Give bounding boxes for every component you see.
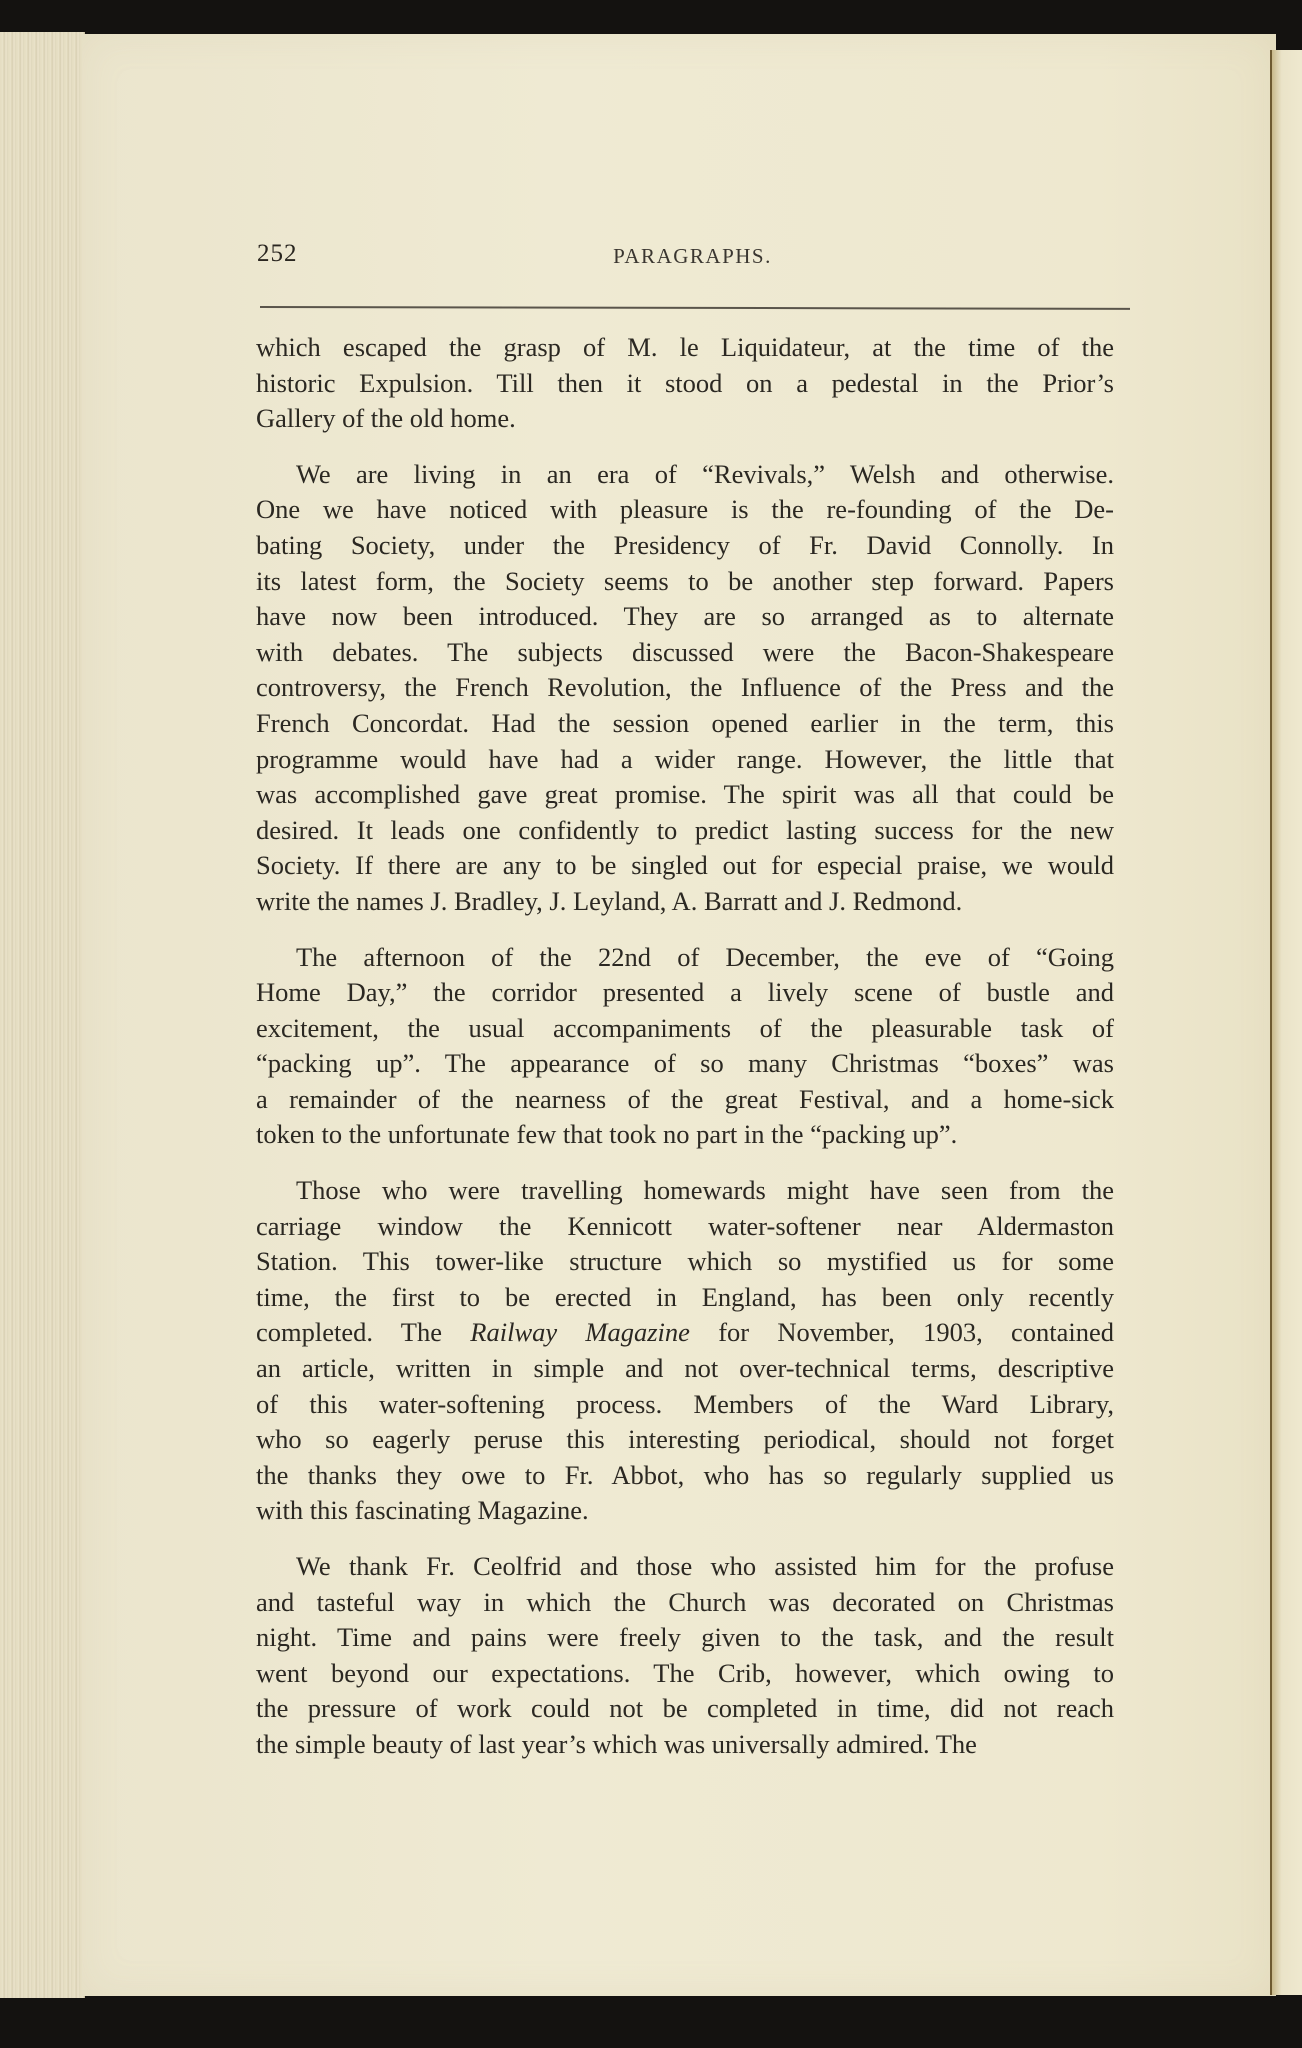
text-line: We thank Fr. Ceolfrid and those who assi… bbox=[256, 1549, 1114, 1585]
text-line: write the names J. Bradley, J. Leyland, … bbox=[256, 884, 1114, 920]
page-header: 252 PARAGRAPHS. bbox=[255, 240, 1130, 280]
text-line: desired. It leads one confidently to pre… bbox=[256, 813, 1114, 849]
body-text: which escaped the grasp of M. le Liquida… bbox=[256, 330, 1114, 1783]
text-line: “packing up”. The appearance of so many … bbox=[256, 1046, 1114, 1082]
italic-title: Railway Magazine bbox=[470, 1317, 690, 1347]
text-line: of this water-softening process. Members… bbox=[256, 1387, 1114, 1423]
text-line: programme would have had a wider range. … bbox=[256, 742, 1114, 778]
text-line: One we have noticed with pleasure is the… bbox=[256, 492, 1114, 528]
text-line: bating Society, under the Presidency of … bbox=[256, 528, 1114, 564]
text-line: a remainder of the nearness of the great… bbox=[256, 1082, 1114, 1118]
text-line: night. Time and pains were freely given … bbox=[256, 1620, 1114, 1656]
text-line: Society. If there are any to be singled … bbox=[256, 848, 1114, 884]
text-line: went beyond our expectations. The Crib, … bbox=[256, 1656, 1114, 1692]
text-line: Those who were travelling homewards migh… bbox=[256, 1173, 1114, 1209]
text-line: We are living in an era of “Revivals,” W… bbox=[256, 457, 1114, 493]
paragraph: Those who were travelling homewards migh… bbox=[256, 1173, 1114, 1529]
text-line: the pressure of work could not be comple… bbox=[256, 1691, 1114, 1727]
text-line: completed. The Railway Magazine for Nove… bbox=[256, 1315, 1114, 1351]
page-edges-stack bbox=[0, 32, 85, 1998]
text-line: historic Expulsion. Till then it stood o… bbox=[256, 366, 1114, 402]
text-line: an article, written in simple and not ov… bbox=[256, 1351, 1114, 1387]
text-line: time, the first to be erected in England… bbox=[256, 1280, 1114, 1316]
running-head: PARAGRAPHS. bbox=[255, 244, 1130, 269]
text-line: Gallery of the old home. bbox=[256, 401, 1114, 437]
text-line: with debates. The subjects discussed wer… bbox=[256, 635, 1114, 671]
text-line: token to the unfortunate few that took n… bbox=[256, 1117, 1114, 1153]
text-line: its latest form, the Society seems to be… bbox=[256, 564, 1114, 600]
text-line: Station. This tower-like structure which… bbox=[256, 1244, 1114, 1280]
text-line: which escaped the grasp of M. le Liquida… bbox=[256, 330, 1114, 366]
paragraph: which escaped the grasp of M. le Liquida… bbox=[256, 330, 1114, 437]
paragraph: We thank Fr. Ceolfrid and those who assi… bbox=[256, 1549, 1114, 1763]
text-line: who so eagerly peruse this interesting p… bbox=[256, 1422, 1114, 1458]
paragraph: We are living in an era of “Revivals,” W… bbox=[256, 457, 1114, 920]
text-line: carriage window the Kennicott water-soft… bbox=[256, 1209, 1114, 1245]
text-line: and tasteful way in which the Church was… bbox=[256, 1585, 1114, 1621]
text-line: The afternoon of the 22nd of December, t… bbox=[256, 940, 1114, 976]
text-line: was accomplished gave great promise. The… bbox=[256, 777, 1114, 813]
text-line: the thanks they owe to Fr. Abbot, who ha… bbox=[256, 1458, 1114, 1494]
text-line: excitement, the usual accompaniments of … bbox=[256, 1011, 1114, 1047]
text-line: controversy, the French Revolution, the … bbox=[256, 670, 1114, 706]
paragraph: The afternoon of the 22nd of December, t… bbox=[256, 940, 1114, 1154]
book-gutter bbox=[1270, 50, 1302, 1995]
text-line: French Concordat. Had the session opened… bbox=[256, 706, 1114, 742]
text-line: with this fascinating Magazine. bbox=[256, 1493, 1114, 1529]
text-line: have now been introduced. They are so ar… bbox=[256, 599, 1114, 635]
text-line: the simple beauty of last year’s which w… bbox=[256, 1727, 1114, 1763]
text-line: Home Day,” the corridor presented a live… bbox=[256, 975, 1114, 1011]
